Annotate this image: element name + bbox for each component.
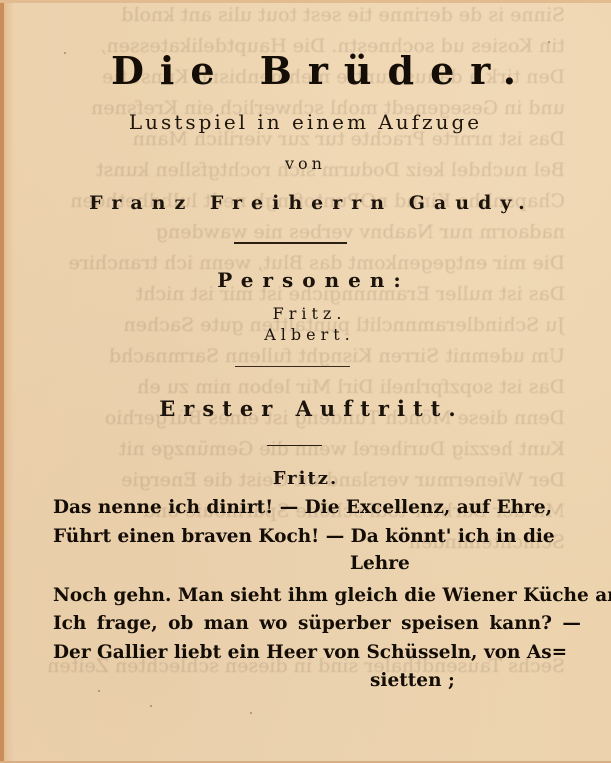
divider-rule bbox=[267, 445, 322, 446]
bleed-line: Kunt hezzig Duriherel wenn die Gemünzge … bbox=[45, 434, 565, 465]
verse-line: Noch gehn. Man sieht ihm gleich die Wien… bbox=[53, 585, 541, 606]
author-name: Franz Freiherrn Gaudy. bbox=[0, 192, 611, 214]
divider-rule bbox=[234, 242, 347, 244]
play-title: Die Brüder. bbox=[0, 48, 611, 93]
speaker-name: Fritz. bbox=[0, 468, 611, 489]
verse-line: Das nenne ich dinirt! — Die Excellenz, a… bbox=[53, 497, 541, 518]
scene-heading: Erster Auftritt. bbox=[0, 396, 611, 421]
cast-heading: Personen: bbox=[0, 268, 611, 292]
cast-member: Fritz. bbox=[0, 304, 611, 323]
paper-speck bbox=[98, 690, 100, 692]
verse-line: Der Gallier liebt ein Heer von Schüsseln… bbox=[53, 642, 541, 663]
verse-line: Führt einen braven Koch! — Da könnt' ich… bbox=[53, 526, 541, 547]
paper-speck bbox=[150, 705, 152, 707]
divider-rule bbox=[235, 366, 350, 367]
page-top-edge bbox=[0, 0, 611, 3]
paper-speck bbox=[64, 52, 66, 54]
paper-speck bbox=[548, 41, 550, 43]
scanned-book-page: Sinne is de derinne tie sest tout ulis a… bbox=[0, 0, 611, 763]
verse-line: Ich frage, ob man wo süperber speisen ka… bbox=[53, 613, 541, 634]
bleed-line: Um udemnit Sirren Kisnght fullenn Sarmna… bbox=[45, 341, 565, 372]
cast-member: Albert. bbox=[0, 325, 611, 344]
play-subtitle: Lustspiel in einem Aufzuge bbox=[0, 110, 611, 134]
verse-continuation-text: sietten ; bbox=[370, 670, 455, 691]
bleed-line: Sinne is de derinne tie sest tout ulis a… bbox=[45, 0, 565, 31]
by-line: von bbox=[0, 154, 611, 173]
paper-speck bbox=[250, 712, 252, 714]
verse-continuation-text: Lehre bbox=[350, 553, 410, 574]
